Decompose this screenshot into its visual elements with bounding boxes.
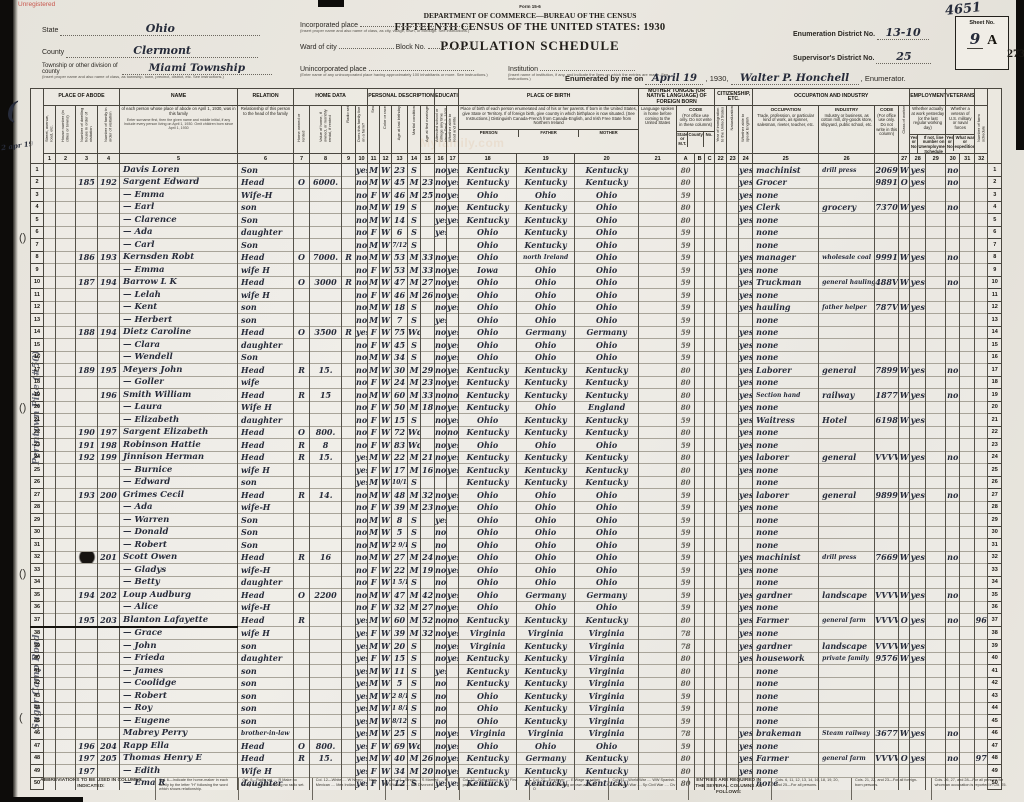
- cell-rw: no: [447, 426, 459, 439]
- cell-val: [310, 414, 342, 427]
- cell-cB: [695, 464, 705, 477]
- cell-emp: [910, 226, 926, 239]
- cell-cB: [695, 339, 705, 352]
- cell-bpf: Kentucky: [517, 715, 575, 728]
- cell-cC: [705, 627, 715, 640]
- margin-brace-large: (: [6, 96, 17, 125]
- cell-bpm: England: [575, 401, 639, 414]
- cell-h: [56, 164, 76, 177]
- cell-rel: Head: [238, 364, 294, 377]
- table-row: 20— LauraWife HnoFW50M18noyesKentuckyOhi…: [31, 401, 1002, 414]
- supervisor-district-label: Supervisor's District No.: [793, 55, 874, 62]
- cell-mar: S: [408, 640, 421, 653]
- table-row: 24192199Jinnison HermanHeadR15.yesMW22M2…: [31, 451, 1002, 464]
- cell-am: 33: [421, 264, 435, 277]
- cell-rad: [342, 665, 356, 678]
- cell-sex: M: [368, 677, 380, 690]
- cell-rad: [342, 677, 356, 690]
- cell-emp: [910, 351, 926, 364]
- cell-sex: F: [368, 426, 380, 439]
- cell-rad: [342, 289, 356, 302]
- cell-race: W: [380, 589, 392, 602]
- cell-mar: M: [408, 376, 421, 389]
- cell-tng: [639, 476, 677, 489]
- cell-imm: [715, 464, 727, 477]
- cell-sch: no: [435, 677, 447, 690]
- cell-own: O: [294, 426, 310, 439]
- cell-street: [44, 476, 56, 489]
- cell-val: [310, 627, 342, 640]
- cell-cls: [899, 264, 910, 277]
- cell-race: W: [380, 514, 392, 527]
- cell-nat: [727, 652, 739, 665]
- cell-cA: 59: [677, 702, 695, 715]
- cell-bp: Ohio: [459, 702, 517, 715]
- line-number-left: 36: [31, 601, 44, 614]
- line-number-right: 48: [988, 752, 1002, 765]
- supervisor-district-value: 25: [896, 50, 911, 63]
- cell-eng: yes: [739, 326, 753, 339]
- cell-ind: [819, 677, 875, 690]
- cell-eno: [926, 276, 946, 289]
- cell-d: [76, 414, 98, 427]
- cell-mar: M: [408, 601, 421, 614]
- cell-eng: yes: [739, 339, 753, 352]
- cell-mar: M: [408, 189, 421, 202]
- line-number-right: 1: [988, 164, 1002, 177]
- line-number-left: 32: [31, 551, 44, 564]
- cell-nat: [727, 426, 739, 439]
- cell-age: 48: [392, 489, 408, 502]
- cell-am: [421, 326, 435, 339]
- cell-name: — Donald: [120, 526, 238, 539]
- cell-eno: [926, 752, 946, 765]
- cell-street: [44, 176, 56, 189]
- cell-bpm: Ohio: [575, 239, 639, 252]
- line-number-left: 38: [31, 627, 44, 640]
- cell-bpf: Germany: [517, 326, 575, 339]
- cell-f: [98, 690, 120, 703]
- line-number-left: 4: [31, 201, 44, 214]
- cell-mar: M: [408, 614, 421, 627]
- cell-age: 15: [392, 414, 408, 427]
- cell-race: W: [380, 276, 392, 289]
- cell-sex: F: [368, 226, 380, 239]
- cell-occ: none: [753, 564, 819, 577]
- group-header: VETERANS: [946, 89, 975, 106]
- cell-code: [875, 401, 899, 414]
- cell-sex: M: [368, 665, 380, 678]
- cell-f: [98, 414, 120, 427]
- cell-d: [76, 226, 98, 239]
- cell-emp: [910, 239, 926, 252]
- line-number-left: 31: [31, 539, 44, 552]
- cell-fs: [975, 765, 988, 778]
- cell-cC: [705, 351, 715, 364]
- abbrev-col: Col. 14—Single .... S Married .... M Wid…: [385, 778, 452, 800]
- cell-eng: yes: [739, 401, 753, 414]
- cell-cA: 59: [677, 501, 695, 514]
- table-row: 11— Lelahwife HnoFW46M26noyesOhioOhioOhi…: [31, 289, 1002, 302]
- cell-cC: [705, 239, 715, 252]
- line-number-right: 9: [988, 264, 1002, 277]
- cell-vet: [946, 576, 960, 589]
- cell-race: W: [380, 164, 392, 177]
- cell-imm: [715, 765, 727, 778]
- cell-nat: [727, 214, 739, 227]
- line-number-right: 26: [988, 476, 1002, 489]
- entries-col: Cols. 6, 11, 12, 13, 14, 16, 18, 19, 20,…: [771, 778, 845, 800]
- cell-ind: father helper: [819, 301, 875, 314]
- cell-emp: yes: [910, 301, 926, 314]
- cell-own: R: [294, 614, 310, 627]
- cell-sch: no: [435, 727, 447, 740]
- cell-rel: son: [238, 715, 294, 728]
- cell-cA: 59: [677, 289, 695, 302]
- cell-own: O: [294, 176, 310, 189]
- cell-rad: [342, 176, 356, 189]
- cell-d: [76, 201, 98, 214]
- cell-street: [44, 501, 56, 514]
- cell-war: [960, 201, 975, 214]
- cell-ind: [819, 539, 875, 552]
- cell-ind: [819, 401, 875, 414]
- cell-sch: no: [435, 189, 447, 202]
- cell-race: W: [380, 339, 392, 352]
- cell-bp: Kentucky: [459, 389, 517, 402]
- cell-am: [421, 539, 435, 552]
- cell-cC: [705, 526, 715, 539]
- cell-nat: [727, 489, 739, 502]
- cell-bpf: Ohio: [517, 740, 575, 753]
- cell-bpm: Ohio: [575, 489, 639, 502]
- cell-tng: [639, 201, 677, 214]
- cell-cC: [705, 339, 715, 352]
- cell-vet: [946, 652, 960, 665]
- cell-bp: Kentucky: [459, 677, 517, 690]
- cell-fs: [975, 289, 988, 302]
- cell-am: 32: [421, 627, 435, 640]
- cell-bpf: Kentucky: [517, 451, 575, 464]
- cell-h: [56, 514, 76, 527]
- cell-sch: no: [435, 702, 447, 715]
- cell-rw: yes: [447, 214, 459, 227]
- cell-fs: [975, 526, 988, 539]
- cell-race: W: [380, 364, 392, 377]
- cell-cB: [695, 189, 705, 202]
- cell-f: 199: [98, 451, 120, 464]
- cell-rel: Son: [238, 164, 294, 177]
- cell-occ: none: [753, 439, 819, 452]
- cell-tng: [639, 189, 677, 202]
- cell-val: [310, 339, 342, 352]
- cell-mar: S: [408, 727, 421, 740]
- cell-mar: S: [408, 239, 421, 252]
- cell-cC: [705, 251, 715, 264]
- cell-d: [76, 576, 98, 589]
- cell-farm: no: [356, 339, 368, 352]
- cell-eno: [926, 740, 946, 753]
- cell-bpf: Kentucky: [517, 665, 575, 678]
- cell-farm: no: [356, 214, 368, 227]
- cell-nat: [727, 476, 739, 489]
- table-row: 43— RobertsonyesMW2 8/12SnoOhioKentuckyV…: [31, 690, 1002, 703]
- cell-val: [310, 351, 342, 364]
- enumerated-by-field: Enumerated by me on April 19 , 1930, Wal…: [565, 72, 906, 85]
- column-header: Whether actually at work yesterday (or t…: [910, 106, 946, 154]
- cell-cA: 59: [677, 314, 695, 327]
- cell-cB: [695, 289, 705, 302]
- cell-sex: F: [368, 376, 380, 389]
- cell-age: 30: [392, 364, 408, 377]
- cell-bpf: Kentucky: [517, 640, 575, 653]
- cell-rel: Wife H: [238, 401, 294, 414]
- cell-nat: [727, 189, 739, 202]
- cell-tng: [639, 501, 677, 514]
- cell-cB: [695, 264, 705, 277]
- cell-h: [56, 551, 76, 564]
- column-number: 14: [408, 154, 421, 164]
- cell-code: 7370: [875, 201, 899, 214]
- cell-war: [960, 476, 975, 489]
- cell-imm: [715, 451, 727, 464]
- cell-sch: no: [435, 501, 447, 514]
- cell-cls: W: [899, 414, 910, 427]
- cell-emp: yes: [910, 589, 926, 602]
- cell-tng: [639, 426, 677, 439]
- cell-h: [56, 640, 76, 653]
- cell-nat: [727, 239, 739, 252]
- cell-rw: [447, 715, 459, 728]
- cell-eno: [926, 501, 946, 514]
- cell-sex: F: [368, 627, 380, 640]
- cell-rad: [342, 464, 356, 477]
- line-number-left: 11: [31, 289, 44, 302]
- cell-imm: [715, 214, 727, 227]
- cell-vet: [946, 526, 960, 539]
- cell-bp: Ohio: [459, 715, 517, 728]
- column-number: 2: [56, 154, 76, 164]
- cell-bpf: Kentucky: [517, 464, 575, 477]
- cell-val: 8: [310, 439, 342, 452]
- cell-eno: [926, 690, 946, 703]
- cell-age: 23: [392, 164, 408, 177]
- table-row: 8186193Kernsden RobtHeadO7000.RnoMW53M33…: [31, 251, 1002, 264]
- cell-tng: [639, 539, 677, 552]
- cell-street: [44, 239, 56, 252]
- cell-cA: 59: [677, 551, 695, 564]
- line-number-right: 33: [988, 564, 1002, 577]
- cell-val: [310, 715, 342, 728]
- cell-vet: [946, 289, 960, 302]
- cell-cC: [705, 276, 715, 289]
- cell-rw: [447, 239, 459, 252]
- cell-age: 83: [392, 439, 408, 452]
- cell-vet: no: [946, 551, 960, 564]
- cell-h: [56, 176, 76, 189]
- cell-cA: 80: [677, 376, 695, 389]
- cell-bp: Ohio: [459, 589, 517, 602]
- cell-f: 205: [98, 752, 120, 765]
- column-number: 16: [435, 154, 447, 164]
- cell-sch: no: [435, 426, 447, 439]
- cell-bpf: Ohio: [517, 301, 575, 314]
- table-row: 1Davis LorenSonyesMW23SnoyesKentuckyKent…: [31, 164, 1002, 177]
- cell-race: W: [380, 314, 392, 327]
- cell-race: W: [380, 539, 392, 552]
- cell-age: 46: [392, 189, 408, 202]
- cell-race: W: [380, 426, 392, 439]
- cell-rel: son: [238, 476, 294, 489]
- cell-vet: no: [946, 389, 960, 402]
- cell-code: [875, 564, 899, 577]
- cell-race: W: [380, 376, 392, 389]
- cell-eng: yes: [739, 451, 753, 464]
- cell-fs: [975, 376, 988, 389]
- cell-cA: 59: [677, 589, 695, 602]
- cell-farm: no: [356, 301, 368, 314]
- cell-rad: [342, 551, 356, 564]
- column-number: 28: [910, 154, 926, 164]
- cell-bp: Kentucky: [459, 652, 517, 665]
- cell-am: 32: [421, 489, 435, 502]
- cell-eno: [926, 551, 946, 564]
- cell-eng: yes: [739, 752, 753, 765]
- cell-code: [875, 677, 899, 690]
- cell-vet: [946, 601, 960, 614]
- cell-bpf: Ohio: [517, 526, 575, 539]
- line-number-right: 10: [988, 276, 1002, 289]
- cell-eng: yes: [739, 301, 753, 314]
- cell-val: [310, 690, 342, 703]
- cell-d: 187: [76, 276, 98, 289]
- cell-race: W: [380, 752, 392, 765]
- cell-sch: no: [435, 301, 447, 314]
- cell-own: [294, 627, 310, 640]
- cell-rel: daughter: [238, 339, 294, 352]
- cell-cC: [705, 301, 715, 314]
- cell-bpf: Ohio: [517, 601, 575, 614]
- cell-tng: [639, 164, 677, 177]
- cell-rel: Head: [238, 589, 294, 602]
- column-number: 29: [926, 154, 946, 164]
- cell-eno: [926, 389, 946, 402]
- cell-occ: none: [753, 464, 819, 477]
- cell-emp: yes: [910, 614, 926, 627]
- cell-cC: [705, 539, 715, 552]
- cell-street: [44, 351, 56, 364]
- cell-farm: yes: [356, 476, 368, 489]
- column-header: Place of birth of each person enumerated…: [459, 106, 639, 154]
- cell-sex: M: [368, 752, 380, 765]
- census-scan-page: { "titles": { "form_no": "Form 15-6", "d…: [0, 0, 1024, 802]
- cell-farm: yes: [356, 715, 368, 728]
- cell-tng: [639, 439, 677, 452]
- cell-street: [44, 164, 56, 177]
- cell-eng: yes: [739, 276, 753, 289]
- line-number-left: 49: [31, 765, 44, 778]
- cell-eno: [926, 214, 946, 227]
- line-number-right: 30: [988, 526, 1002, 539]
- cell-name: Kernsden Robt: [120, 251, 238, 264]
- cell-eno: [926, 652, 946, 665]
- line-number-left: 29: [31, 514, 44, 527]
- column-number: 27: [899, 154, 910, 164]
- cell-tng: [639, 251, 677, 264]
- cell-f: 202: [98, 589, 120, 602]
- cell-sch: no: [435, 526, 447, 539]
- cell-ind: [819, 514, 875, 527]
- cell-val: 15.: [310, 451, 342, 464]
- cell-d: [76, 539, 98, 552]
- cell-bpm: Ohio: [575, 564, 639, 577]
- cell-cA: 59: [677, 539, 695, 552]
- supervisor-district-field: Supervisor's District No. 25: [793, 50, 931, 64]
- cell-h: [56, 264, 76, 277]
- cell-val: 2200: [310, 589, 342, 602]
- cell-street: [44, 526, 56, 539]
- cell-f: [98, 464, 120, 477]
- cell-vet: [946, 226, 960, 239]
- cell-fs: [975, 677, 988, 690]
- cell-occ: Grocer: [753, 176, 819, 189]
- cell-occ: none: [753, 289, 819, 302]
- cell-fs: [975, 489, 988, 502]
- cell-eno: [926, 576, 946, 589]
- cell-cA: 59: [677, 414, 695, 427]
- cell-race: W: [380, 727, 392, 740]
- cell-cls: [899, 351, 910, 364]
- cell-name: — John: [120, 640, 238, 653]
- cell-rw: [447, 665, 459, 678]
- group-header: [975, 89, 988, 106]
- abbrev-col: Col. 27—Employer .... E Wage or salary w…: [529, 778, 603, 800]
- cell-name: — Alice: [120, 601, 238, 614]
- cell-occ: Section hand: [753, 389, 819, 402]
- cell-rad: R: [342, 276, 356, 289]
- cell-sex: M: [368, 702, 380, 715]
- cell-imm: [715, 576, 727, 589]
- line-number-right: 8: [988, 251, 1002, 264]
- cell-val: 16: [310, 551, 342, 564]
- cell-rad: [342, 414, 356, 427]
- cell-own: [294, 564, 310, 577]
- cell-rw: [447, 690, 459, 703]
- cell-ind: drill press: [819, 551, 875, 564]
- cell-rw: yes: [447, 740, 459, 753]
- cell-cC: [705, 715, 715, 728]
- cell-code: [875, 339, 899, 352]
- cell-f: [98, 526, 120, 539]
- cell-fs: [975, 464, 988, 477]
- cell-name: — Robert: [120, 539, 238, 552]
- cell-bpm: Ohio: [575, 189, 639, 202]
- cell-war: [960, 239, 975, 252]
- column-number: 7: [294, 154, 310, 164]
- cell-fs: [975, 164, 988, 177]
- sheet-number-box: Sheet No. 9 A: [955, 16, 1009, 70]
- cell-bp: Kentucky: [459, 364, 517, 377]
- cell-cB: [695, 476, 705, 489]
- cell-eno: [926, 426, 946, 439]
- cell-street: [44, 414, 56, 427]
- cell-cls: W: [899, 640, 910, 653]
- cell-cA: 80: [677, 389, 695, 402]
- cell-tng: [639, 401, 677, 414]
- cell-eno: [926, 665, 946, 678]
- cell-f: [98, 401, 120, 414]
- cell-occ: Farmer: [753, 614, 819, 627]
